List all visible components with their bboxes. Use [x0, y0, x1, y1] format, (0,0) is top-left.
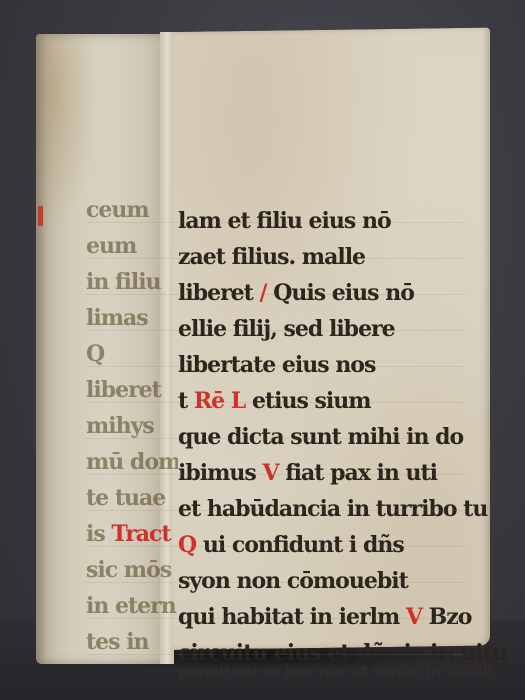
manuscript-line: Qlibertate eius nos [86, 336, 466, 372]
ruling-line [86, 546, 466, 547]
manuscript-line: mihysque dicta sunt mihi in do [86, 408, 466, 444]
manuscript-line: eumzaet filius. malle [86, 228, 466, 264]
rubric-heading: Tract [111, 521, 170, 547]
manuscript-line: in eternqui habitat in ierlm V Bzo [86, 588, 466, 624]
ruling-line [86, 654, 466, 655]
ruling-line [86, 510, 466, 511]
ruling-line [86, 474, 466, 475]
ruling-line [86, 258, 466, 259]
ruling-line [86, 366, 466, 367]
manuscript-line-trimmed: populi sui ex hoc nūc et usque in seculi [86, 660, 466, 684]
manuscript-line: mū domibimus V fiat pax in uti [86, 444, 466, 480]
spine-rubric-mark [38, 206, 43, 226]
manuscript-line: sic mōssyon non cōmouebit [86, 552, 466, 588]
ruling-line [86, 222, 466, 223]
ruling-line [86, 618, 466, 619]
manuscript-line: te tuaeet habūdancia in turribo tu [86, 480, 466, 516]
line-cover-text: populi sui ex hoc nūc et usque in seculi [178, 660, 493, 684]
manuscript-line: is TractQ ui confidunt i dñs [86, 516, 466, 552]
vellum-book: ceumlam et filiu eius nō eumzaet filius.… [36, 32, 491, 667]
ruling-line [86, 402, 466, 403]
ruling-line [86, 438, 466, 439]
ruling-line [86, 294, 466, 295]
manuscript-line: liberett Rē L etius sium [86, 372, 466, 408]
ruling-line [86, 330, 466, 331]
manuscript-line: limasellie filij, sed libere [86, 300, 466, 336]
manuscript-line: in filiuliberet / Quis eius nō [86, 264, 466, 300]
manuscript-text: ceumlam et filiu eius nō eumzaet filius.… [86, 192, 466, 684]
manuscript-line: ceumlam et filiu eius nō [86, 192, 466, 228]
ruling-line [86, 582, 466, 583]
line-spine-text: is [86, 521, 105, 547]
manuscript-line: tes incircuitu eius et dñs i circuitu [86, 624, 466, 660]
